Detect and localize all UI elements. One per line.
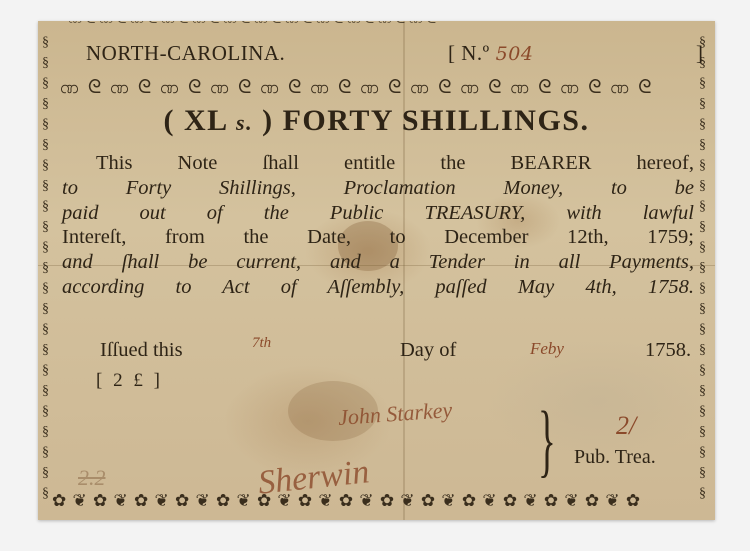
- body-line: This Note ſhall entitle the BEARER hereo…: [62, 151, 694, 176]
- note-title: ( XL s. ) FORTY SHILLINGS.: [38, 104, 715, 138]
- serial-bracket-close: ]: [696, 41, 704, 66]
- body-line: to Forty Shillings, Proclamation Money, …: [62, 176, 694, 201]
- denomination-box: [ 2 £ ]: [96, 370, 163, 392]
- body-line: Intereſt, from the Date, to December 12t…: [62, 225, 694, 250]
- title-denomination: ) FORTY SHILLINGS.: [253, 104, 589, 137]
- title-open: ( XL: [164, 104, 237, 137]
- state-name: NORTH-CAROLINA.: [86, 41, 285, 66]
- treasurer-title: Pub. Trea.: [574, 446, 656, 469]
- serial-number-handwritten: 504: [496, 43, 534, 65]
- serial-label: [ N.º: [448, 41, 490, 65]
- currency-note: ဏ ᘓ ဏ ᘓ ဏ ᘓ ဏ ᘓ ဏ ᘓ ဏ ᘓ ဏ ᘓ ဏ ᘓ ဏ ᘓ ဏ ᘓ …: [38, 21, 715, 520]
- day-of-label: Day of: [400, 339, 456, 362]
- signature-brace: }: [538, 399, 556, 481]
- note-header: NORTH-CAROLINA. [ N.º504 ]: [86, 41, 696, 71]
- title-unit: s.: [236, 110, 253, 135]
- issued-year: 1758.: [645, 339, 691, 362]
- top-ornament-border: ဏ ᘓ ဏ ᘓ ဏ ᘓ ဏ ᘓ ဏ ᘓ ဏ ᘓ ဏ ᘓ ဏ ᘓ ဏ ᘓ ဏ ᘓ …: [68, 21, 699, 27]
- treasurer-amount-handwritten: 2/: [616, 411, 636, 441]
- serial-number-box: [ N.º504 ]: [448, 41, 533, 66]
- body-line: paid out of the Public TREASURY, with la…: [62, 201, 694, 226]
- body-line: and ſhall be current, and a Tender in al…: [62, 250, 694, 275]
- body-line: according to Act of Aſſembly, paſſed May…: [62, 275, 694, 300]
- issued-month-handwritten: Feby: [530, 339, 564, 359]
- bottom-ornament-border: ✿ ❦ ✿ ❦ ✿ ❦ ✿ ❦ ✿ ❦ ✿ ❦ ✿ ❦ ✿ ❦ ✿ ❦ ✿ ❦ …: [52, 488, 699, 514]
- issued-label: Iſſued this: [100, 339, 183, 362]
- note-body: This Note ſhall entitle the BEARER hereo…: [62, 151, 694, 300]
- issued-day-handwritten: 7th: [252, 335, 271, 352]
- header-ornament-row: ဏ ᘓ ဏ ᘓ ဏ ᘓ ဏ ᘓ ဏ ᘓ ဏ ᘓ ဏ ᘓ ဏ ᘓ ဏ ᘓ ဏ ᘓ …: [60, 75, 690, 103]
